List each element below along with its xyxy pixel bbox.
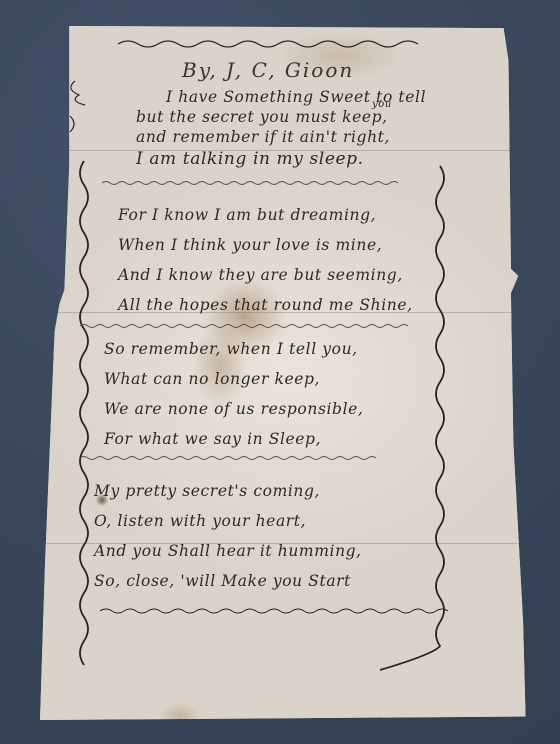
poem-line: All the hopes that round me Shine, [118, 290, 413, 320]
inserted-word: you [372, 90, 392, 120]
manuscript-paper: By, J, C, Gioon I have Something Sweet t… [40, 26, 528, 720]
poem-line: We are none of us responsible, [104, 394, 363, 424]
author-line: By, J, C, Gioon [182, 58, 354, 82]
stanza-2: For I know I am but dreaming, When I thi… [118, 200, 413, 320]
poem-line: And I know they are but seeming, [118, 260, 413, 290]
stanza-3: So remember, when I tell you, What can n… [104, 334, 363, 454]
poem-line: My pretty secret's coming, [94, 476, 362, 506]
poem-line: When I think your love is mine, [118, 230, 413, 260]
poem-line: What can no longer keep, [104, 364, 363, 394]
poem-line: And you Shall hear it humming, [94, 536, 362, 566]
stanza-4: My pretty secret's coming, O, listen wit… [94, 476, 362, 596]
poem-line: So, close, 'will Make you Start [94, 566, 362, 596]
poem-line: So remember, when I tell you, [104, 334, 363, 364]
poem-line: For what we say in Sleep, [104, 424, 363, 454]
poem-line: For I know I am but dreaming, [118, 200, 413, 230]
poem-line: O, listen with your heart, [94, 506, 362, 536]
